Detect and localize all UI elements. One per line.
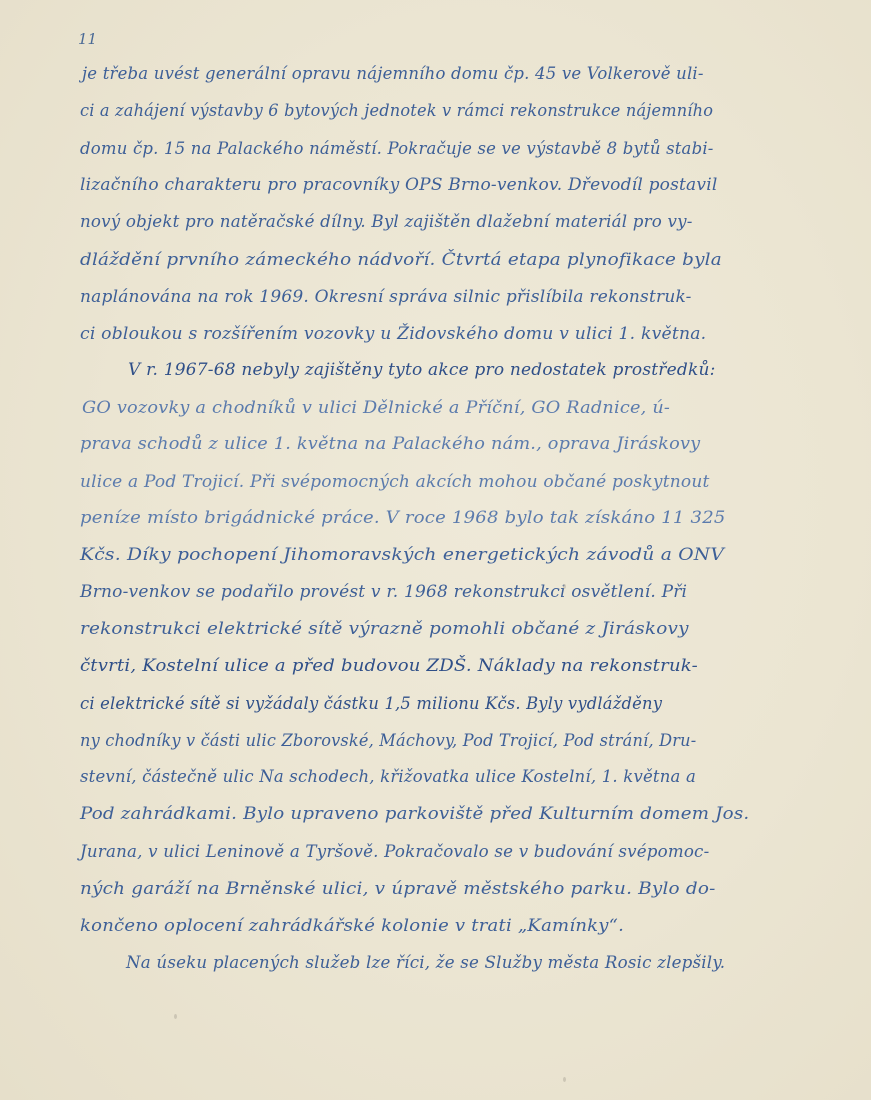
- text-line-24: končeno oplocení zahrádkářské kolonie v …: [80, 916, 624, 936]
- text-line-15: Brno-venkov se podařilo provést v r. 196…: [80, 582, 687, 602]
- paper-speck: [174, 1014, 177, 1019]
- text-line-22: Jurana, v ulici Leninově a Tyršově. Pokr…: [80, 842, 709, 862]
- handwritten-page: 11 je třeba uvést generální opravu nájem…: [0, 0, 871, 1100]
- text-line-13: peníze místo brigádnické práce. V roce 1…: [80, 508, 726, 528]
- text-line-10: GO vozovky a chodníků v ulici Dělnické a…: [82, 398, 670, 418]
- text-line-6: dláždění prvního zámeckého nádvoří. Čtvr…: [80, 250, 722, 270]
- text-line-12: ulice a Pod Trojicí. Při svépomocných ak…: [80, 472, 710, 492]
- text-line-17: čtvrti, Kostelní ulice a před budovou ZD…: [80, 656, 698, 676]
- text-line-16: rekonstrukci elektrické sítě výrazně pom…: [80, 619, 689, 639]
- text-line-9: V r. 1967-68 nebyly zajištěny tyto akce …: [128, 360, 716, 380]
- text-line-23: ných garáží na Brněnské ulici, v úpravě …: [80, 879, 716, 899]
- text-line-1: je třeba uvést generální opravu nájemníh…: [82, 64, 704, 84]
- paper-speck: [563, 584, 566, 589]
- text-line-21: Pod zahrádkami. Bylo upraveno parkoviště…: [80, 804, 749, 824]
- text-line-4: lizačního charakteru pro pracovníky OPS …: [80, 175, 717, 195]
- text-line-2: ci a zahájení výstavby 6 bytových jednot…: [80, 101, 713, 121]
- paper-speck: [563, 1077, 566, 1082]
- page-number: 11: [78, 30, 97, 48]
- text-line-18: ci elektrické sítě si vyžádaly částku 1,…: [80, 694, 662, 714]
- text-line-8: ci obloukou s rozšířením vozovky u Židov…: [80, 324, 706, 344]
- text-line-5: nový objekt pro natěračské dílny. Byl za…: [80, 212, 693, 232]
- text-line-19: ny chodníky v části ulic Zborovské, Mách…: [80, 731, 696, 751]
- text-line-7: naplánována na rok 1969. Okresní správa …: [80, 287, 692, 307]
- text-line-25: Na úseku placených služeb lze říci, že s…: [126, 953, 725, 973]
- text-line-3: domu čp. 15 na Palackého náměstí. Pokrač…: [80, 139, 714, 159]
- text-line-14: Kčs. Díky pochopení Jihomoravských energ…: [80, 545, 724, 565]
- text-line-20: stevní, částečně ulic Na schodech, křižo…: [80, 767, 696, 787]
- text-line-11: prava schodů z ulice 1. května na Palack…: [80, 434, 700, 454]
